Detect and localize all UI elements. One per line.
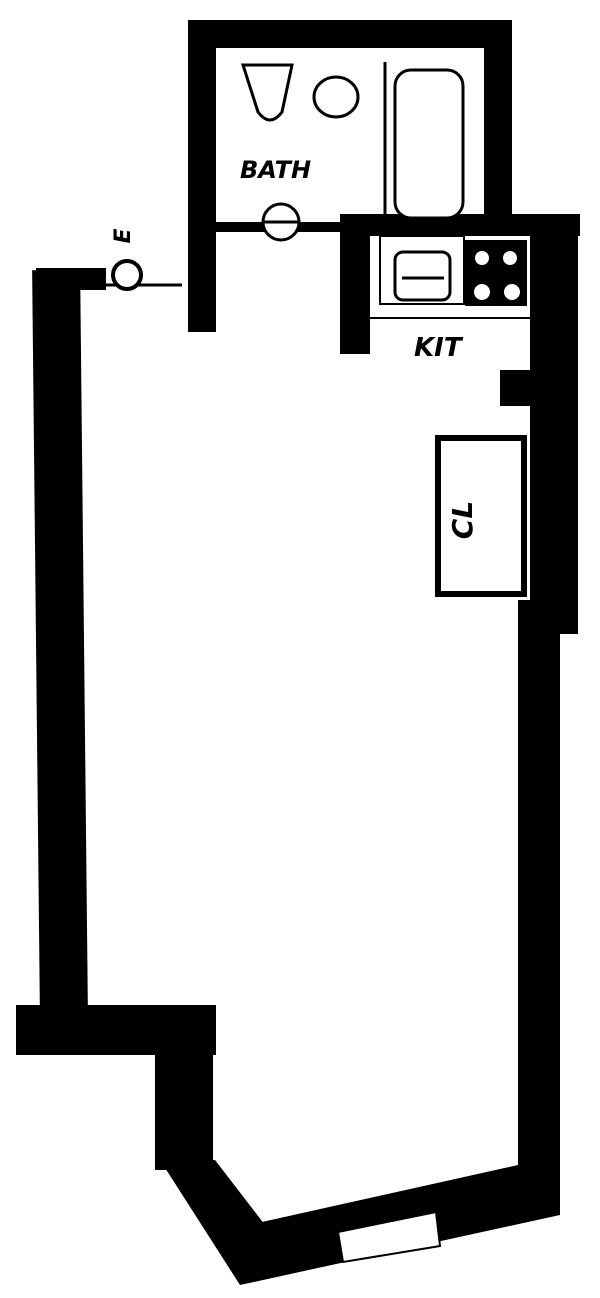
bath-top-wall — [190, 20, 510, 48]
room-label-closet: CL — [446, 501, 479, 539]
walls — [16, 20, 580, 1285]
sink-icon — [314, 77, 358, 117]
left-wall — [32, 270, 88, 1010]
right-wall-notch — [500, 370, 540, 406]
lower-left-vertical — [155, 1010, 213, 1170]
room-label-bath: BATH — [240, 156, 311, 184]
kitchen-partition — [340, 222, 370, 354]
floor-plan: BATH KIT CL E — [0, 0, 600, 1298]
bath-left-wall — [188, 20, 216, 332]
room-label-kitchen: KIT — [414, 333, 464, 363]
entry-door-icon — [113, 261, 141, 289]
toilet-icon — [243, 65, 292, 120]
burner-icon — [503, 283, 521, 301]
burner-icon — [473, 283, 491, 301]
kitchen-sink-icon — [395, 252, 450, 300]
right-wall-lower — [518, 600, 560, 1195]
right-wall-upper — [530, 214, 578, 634]
bathtub-icon — [395, 70, 463, 218]
bath-right-wall — [484, 20, 512, 230]
left-top-wall — [36, 268, 106, 290]
burner-icon — [502, 250, 518, 266]
entry-label: E — [111, 228, 136, 243]
burner-icon — [474, 250, 490, 266]
